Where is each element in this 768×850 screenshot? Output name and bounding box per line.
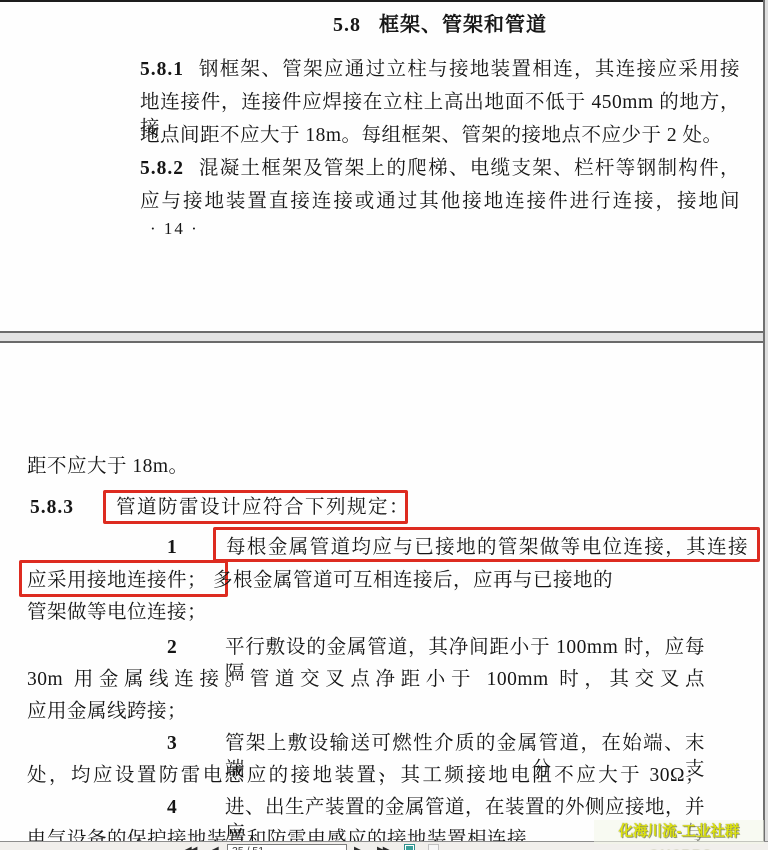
item-number: 4 xyxy=(167,795,178,821)
pdf-viewer-window: { "colors": { "annotation_red": "#dd2b20… xyxy=(0,0,768,850)
item4-line1: 进、出生产装置的金属管道，在装置的外侧应接地，并应与 xyxy=(225,795,705,821)
clause-581-line2: 地连接件，连接件应焊接在立柱上高出地面不低于 450mm 的地方，接 xyxy=(140,90,740,116)
previous-page-button[interactable]: ◀ xyxy=(211,844,219,850)
section-number: 5.8 xyxy=(333,14,361,36)
item-number: 2 xyxy=(167,635,178,661)
document-page-15: 距不应大于 18m。 5.8.3 管道防雷设计应符合下列规定： 1 每根金属管道… xyxy=(0,343,763,841)
first-page-button[interactable]: ◀◀ xyxy=(184,844,195,850)
last-page-button[interactable]: ▶▶ xyxy=(377,844,388,850)
clause-number: 5.8.1 xyxy=(140,59,184,80)
clause-number: 5.8.3 xyxy=(30,495,74,521)
clause-581-line3: 地点间距不应大于 18m。每组框架、管架的接地点不应少于 2 处。 xyxy=(140,123,723,149)
document-page-14: 5.8框架、管架和管道 5.8.1钢框架、管架应通过立柱与接地装置相连，其连接应… xyxy=(0,2,763,331)
page-number-input[interactable] xyxy=(227,844,347,850)
next-page-button[interactable]: ▶ xyxy=(354,844,362,850)
item-number: 3 xyxy=(167,731,178,757)
clause-583-text: 管道防雷设计应符合下列规定： xyxy=(116,495,410,521)
watermark: 化海川流-工业社群@HCBBS xyxy=(594,820,764,844)
item2-line1: 平行敷设的金属管道，其净间距小于 100mm 时，应每隔 xyxy=(225,635,705,661)
section-heading: 5.8框架、管架和管道 xyxy=(140,12,740,38)
item2-line2: 30m 用金属线连接。管道交叉点净距小于 100mm 时，其交叉点 xyxy=(27,667,705,693)
item1-line2-boxed: 应采用接地连接件； xyxy=(27,570,207,591)
select-tool-icon[interactable] xyxy=(428,844,439,850)
page-number-footer: · 14 · xyxy=(150,216,199,242)
item3-line2: 处，均应设置防雷电感应的接地装置，其工频接地电阻不应大于 30Ω； xyxy=(27,763,705,789)
bookmark-tool-icon[interactable] xyxy=(404,844,415,850)
clause-582-line1: 5.8.2混凝土框架及管架上的爬梯、电缆支架、栏杆等钢制构件， xyxy=(140,156,740,182)
carryover-line: 距不应大于 18m。 xyxy=(27,454,189,480)
item-number: 1 xyxy=(167,535,178,561)
item1-line2: 应采用接地连接件；多根金属管道可互相连接后，应再与已接地的 xyxy=(27,568,613,594)
item2-line3: 应用金属线跨接； xyxy=(27,699,187,725)
section-title: 框架、管架和管道 xyxy=(379,14,547,36)
clause-582-line2: 应与接地装置直接连接或通过其他接地连接件进行连接，接地间 xyxy=(140,189,740,215)
item1-line3: 管架做等电位连接； xyxy=(27,600,207,626)
item1-line2-rest: 多根金属管道可互相连接后，应再与已接地的 xyxy=(213,570,613,591)
item1-line1: 每根金属管道均应与已接地的管架做等电位连接，其连接 xyxy=(226,535,748,561)
item3-line1: 管架上敷设输送可燃性介质的金属管道，在始端、末端、分支 xyxy=(225,731,705,757)
clause-581-line1: 5.8.1钢框架、管架应通过立柱与接地装置相连，其连接应采用接 xyxy=(140,57,740,83)
page-separator xyxy=(0,331,768,343)
clause-number: 5.8.2 xyxy=(140,158,184,179)
